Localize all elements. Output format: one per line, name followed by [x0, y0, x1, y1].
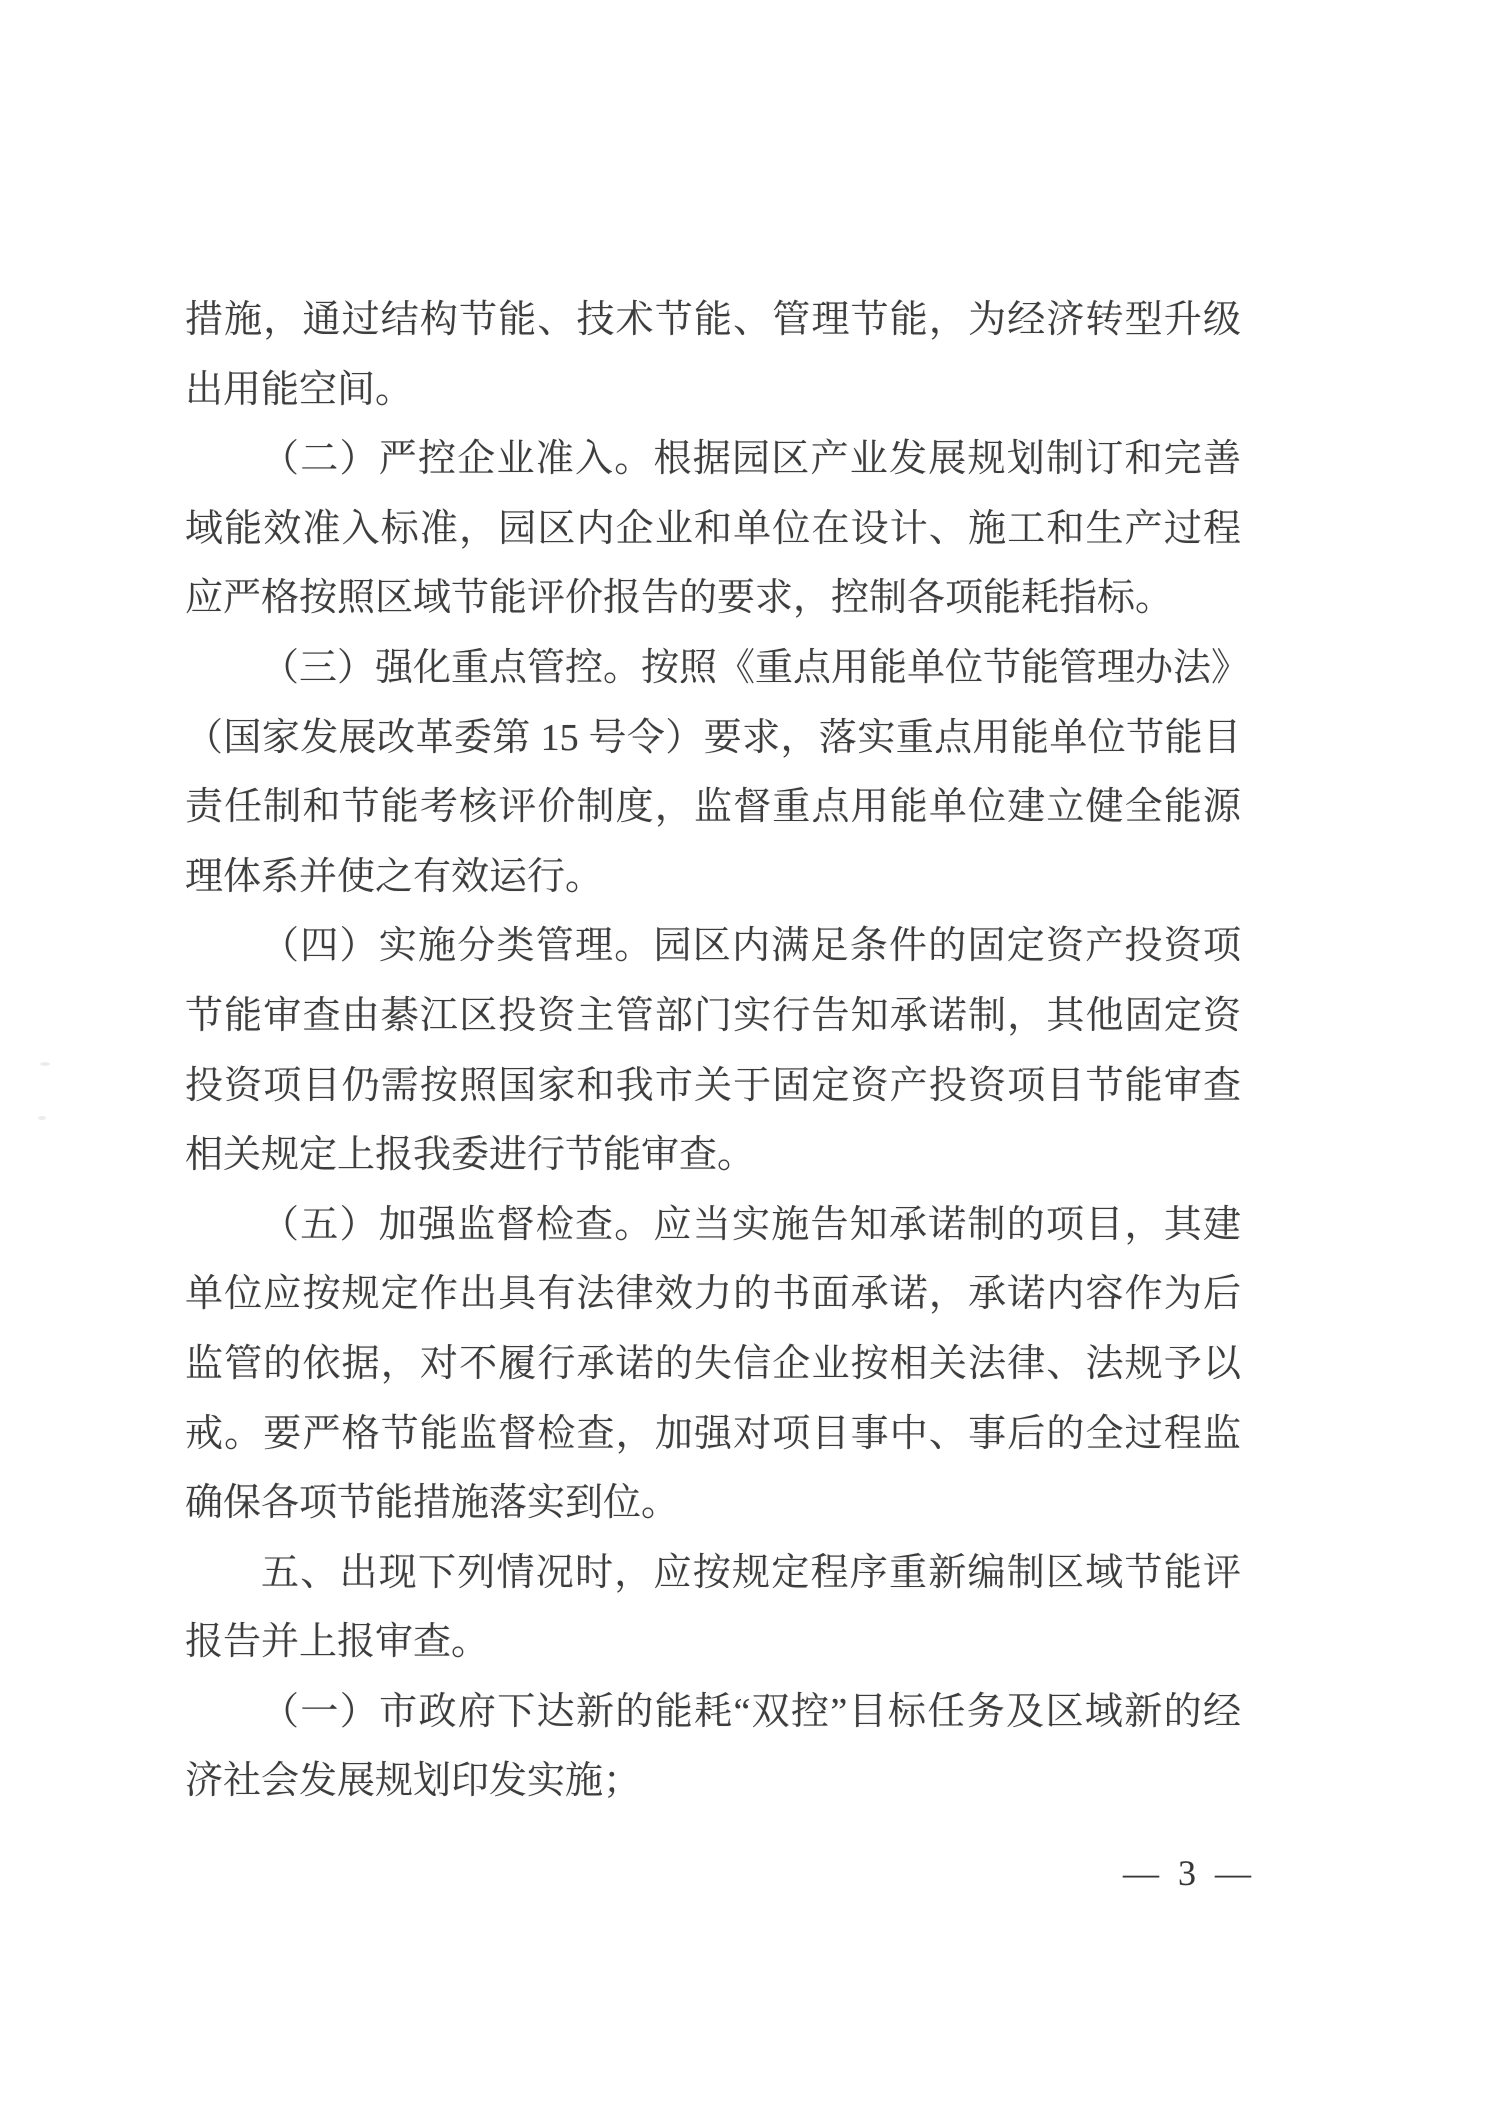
text-line: 戒。要严格节能监督检查，加强对项目事中、事后的全过程监管，: [185, 1400, 1241, 1470]
text-line: 投资项目仍需按照国家和我市关于固定资产投资项目节能审查的: [185, 1052, 1241, 1122]
text-line: 域能效准入标准，园区内企业和单位在设计、施工和生产过程中: [185, 495, 1241, 565]
scanned-document-page: 措施，通过结构节能、技术节能、管理节能，为经济转型升级腾 出用能空间。 （二）严…: [0, 0, 1488, 2104]
text-line: （三）强化重点管控。按照《重点用能单位节能管理办法》: [185, 634, 1241, 704]
text-line: 责任制和节能考核评价制度，监督重点用能单位建立健全能源管: [185, 773, 1241, 843]
text-line: 措施，通过结构节能、技术节能、管理节能，为经济转型升级腾: [185, 286, 1241, 356]
text-line: 理体系并使之有效运行。: [185, 843, 1241, 913]
text-line: （五）加强监督检查。应当实施告知承诺制的项目，其建设: [185, 1191, 1241, 1261]
text-line: 五、出现下列情况时，应按规定程序重新编制区域节能评价: [185, 1539, 1241, 1609]
text-line: （四）实施分类管理。园区内满足条件的固定资产投资项目: [185, 912, 1241, 982]
text-line: 节能审查由綦江区投资主管部门实行告知承诺制，其他固定资产: [185, 982, 1241, 1052]
text-line: 单位应按规定作出具有法律效力的书面承诺，承诺内容作为后续: [185, 1260, 1241, 1330]
text-line: （二）严控企业准入。根据园区产业发展规划制订和完善区: [185, 425, 1241, 495]
scan-speck: [38, 1116, 46, 1120]
text-line: 应严格按照区域节能评价报告的要求，控制各项能耗指标。: [185, 564, 1241, 634]
text-line: 确保各项节能措施落实到位。: [185, 1469, 1241, 1539]
text-line: （一）市政府下达新的能耗“双控”目标任务及区域新的经: [185, 1678, 1241, 1748]
text-line: 出用能空间。: [185, 356, 1241, 426]
text-line: 济社会发展规划印发实施；: [185, 1747, 1241, 1817]
text-line: 相关规定上报我委进行节能审查。: [185, 1121, 1241, 1191]
document-body: 措施，通过结构节能、技术节能、管理节能，为经济转型升级腾 出用能空间。 （二）严…: [185, 286, 1241, 1817]
page-number: — 3 —: [1123, 1852, 1256, 1894]
text-line: 报告并上报审查。: [185, 1608, 1241, 1678]
text-line: 监管的依据，对不履行承诺的失信企业按相关法律、法规予以惩: [185, 1330, 1241, 1400]
scan-speck: [40, 1062, 50, 1066]
text-line: （国家发展改革委第 15 号令）要求，落实重点用能单位节能目标: [185, 704, 1241, 774]
